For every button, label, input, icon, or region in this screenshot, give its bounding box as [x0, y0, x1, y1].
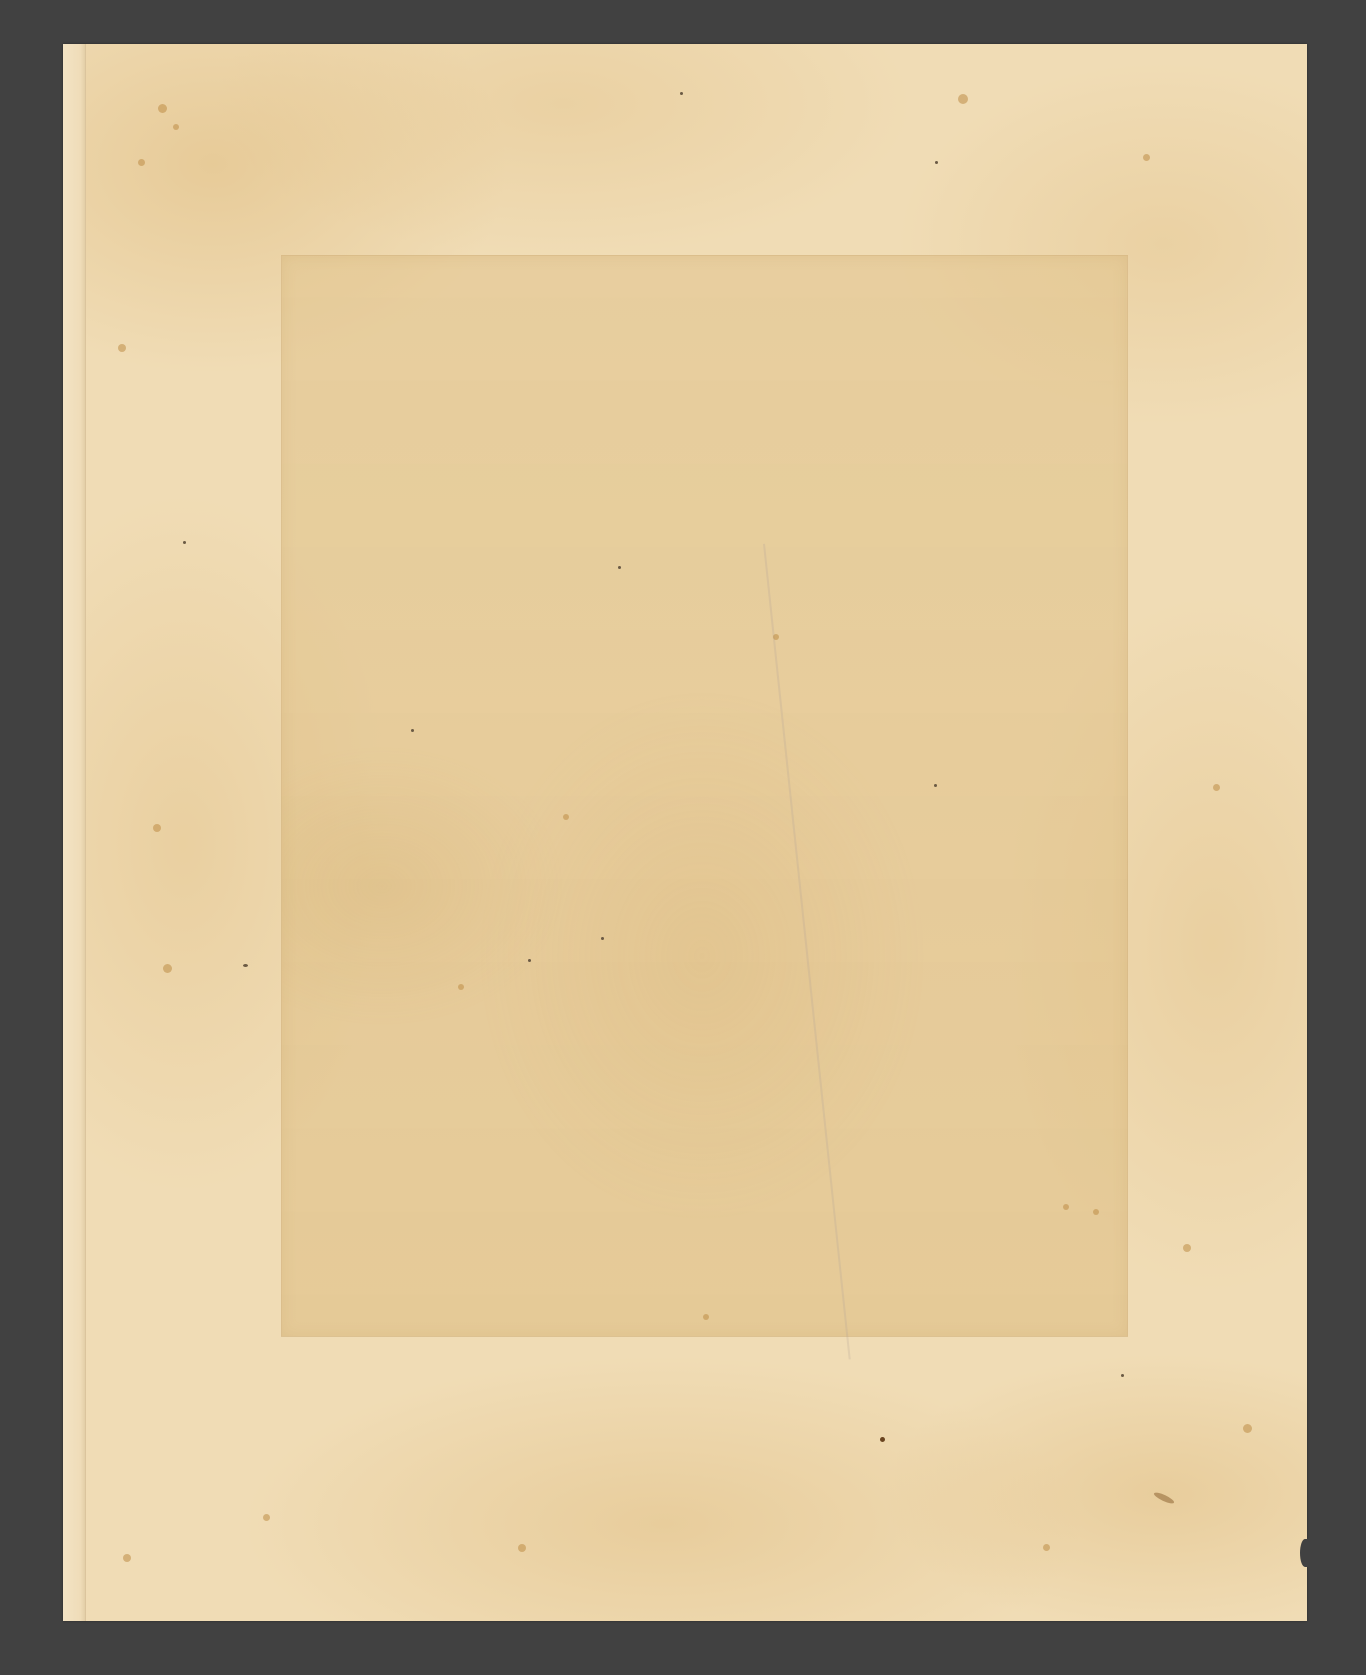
foxing-spot: [1143, 154, 1150, 161]
foxing-spot: [163, 964, 172, 973]
foxing-spot: [1183, 1244, 1191, 1252]
dark-speck: [1121, 1374, 1124, 1377]
foxing-spot: [158, 104, 167, 113]
foxing-spot: [1043, 1544, 1050, 1551]
foxing-spot: [703, 1314, 709, 1320]
foxing-spot: [773, 634, 779, 640]
foxing-spot: [1213, 784, 1220, 791]
binding-strip: [63, 44, 86, 1621]
foxing-spot: [138, 159, 145, 166]
foxing-spot: [153, 824, 161, 832]
dark-speck: [601, 937, 604, 940]
dark-speck: [934, 784, 937, 787]
plate-mark-area: [281, 255, 1128, 1337]
dark-speck: [528, 959, 531, 962]
dark-speck: [243, 964, 248, 967]
edge-notch: [1300, 1539, 1310, 1567]
stain-mark: [1153, 1491, 1175, 1506]
dark-speck: [183, 541, 186, 544]
foxing-spot: [263, 1514, 270, 1521]
dark-speck: [680, 92, 683, 95]
foxing-spot: [563, 814, 569, 820]
foxing-spot: [1243, 1424, 1252, 1433]
dark-speck: [411, 729, 414, 732]
foxing-spot: [518, 1544, 526, 1552]
foxing-spot: [958, 94, 968, 104]
foxing-spot: [173, 124, 179, 130]
paper-sheet: [63, 44, 1307, 1621]
foxing-spot: [123, 1554, 131, 1562]
foxing-spot: [1063, 1204, 1069, 1210]
foxing-spot: [118, 344, 126, 352]
dark-speck: [880, 1437, 885, 1442]
foxing-spot: [458, 984, 464, 990]
dark-speck: [618, 566, 621, 569]
foxing-spot: [1093, 1209, 1099, 1215]
dark-speck: [935, 161, 938, 164]
